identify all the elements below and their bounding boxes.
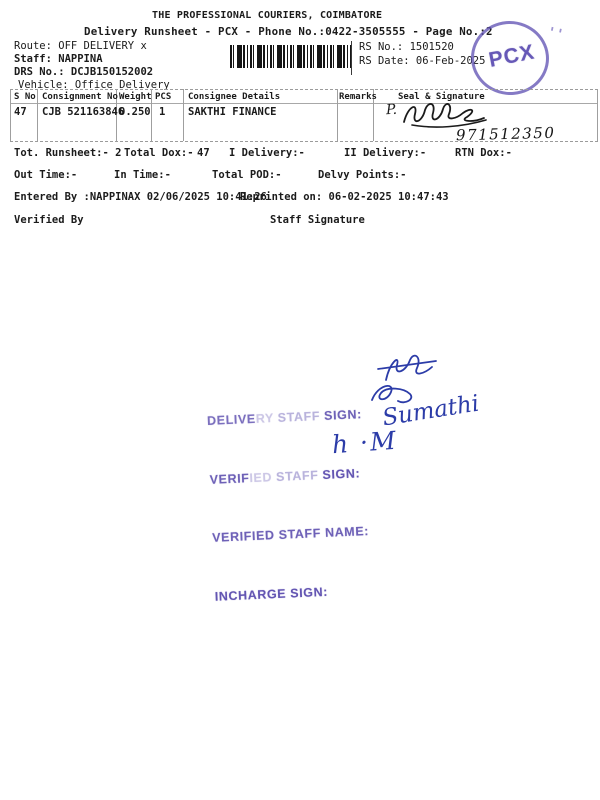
incharge-signature-handwriting: h ·M [331,426,398,460]
total-dox-value: 47 [197,147,210,159]
staff-line: Staff: NAPPINA [14,53,103,65]
rs-no-label: RS No.: [359,41,403,53]
verified-by: Verified By [14,214,84,226]
i-delivery: I Delivery:- [229,147,305,159]
col-header-sno: S No [14,92,36,102]
total-pod: Total POD:- [212,169,282,181]
col-header-consignment: Consignment No [42,92,118,102]
table-header-separator [10,103,598,104]
entered-by: Entered By :NAPPINAX 02/06/2025 10:41:26 [14,191,267,203]
col-header-weight: Weight [119,92,152,102]
verification-stamp-block: DELIVERY STAFF SIGN: VERIFIED STAFF SIGN… [205,366,374,646]
cell-consignee-details: SAKTHI FINANCE [188,106,277,118]
reprinted-on: Reprinted on: 06-02-2025 10:47:43 [240,191,449,203]
col-header-pcs: PCS [155,92,171,102]
stamp-line-verified-name: VERIFIED STAFF NAME: [212,522,370,548]
rs-no-line: RS No.: 1501520 [359,41,454,53]
col-header-remarks: Remarks [339,92,377,102]
drs-line: DRS No.: DCJB150152002 [14,66,153,78]
in-time: In Time:- [114,169,171,181]
cell-sno: 47 [14,106,27,118]
staff-value: NAPPINA [58,53,102,65]
cell-consignment-no: CJB 521163846 [42,106,124,118]
stamp-line-verified-sign: VERIFIED STAFF SIGN: [209,464,367,490]
rs-date-line: RS Date: 06-Feb-2025 [359,55,485,67]
rs-box-border [351,41,352,75]
pcx-stamp-text: PCX [487,40,537,72]
ii-delivery: II Delivery:- [344,147,426,159]
staff-signature-label: Staff Signature [270,214,365,226]
runsheet-subtitle: Delivery Runsheet - PCX - Phone No.:0422… [84,25,493,38]
seal-phone-number: 971512350 [456,124,556,145]
total-dox-label: Total Dox:- [124,147,194,159]
company-title: THE PROFESSIONAL COURIERS, COIMBATORE [152,10,382,21]
out-time: Out Time:- [14,169,77,181]
drs-value: DCJB150152002 [71,66,153,78]
col-header-consignee: Consignee Details [188,92,280,102]
route-value: OFF DELIVERY x [58,40,147,52]
rtn-dox: RTN Dox:- [455,147,512,159]
cell-pcs: 1 [159,106,165,118]
rs-date-label: RS Date: [359,55,410,67]
tot-runsheet: Tot. Runsheet:- 2 [14,147,121,159]
route-label: Route: [14,40,52,52]
stamp-line-delivery-sign: DELIVERY STAFF SIGN: [207,405,365,431]
table-border-top [10,89,598,90]
stamp-line-incharge-sign: INCHARGE SIGN: [214,580,372,606]
barcode [230,45,353,68]
staff-label: Staff: [14,53,52,65]
runsheet-document: THE PROFESSIONAL COURIERS, COIMBATORE De… [0,0,600,800]
drs-label: DRS No.: [14,66,65,78]
rs-no-value: 1501520 [410,41,454,53]
route-line: Route: OFF DELIVERY x [14,40,147,52]
delvy-points: Delvy Points:- [318,169,407,181]
seal-signature-initial: P. [386,102,398,119]
cell-weight: 0.250 [119,106,151,118]
pcx-stamp-tick-mark: '' [546,24,566,43]
